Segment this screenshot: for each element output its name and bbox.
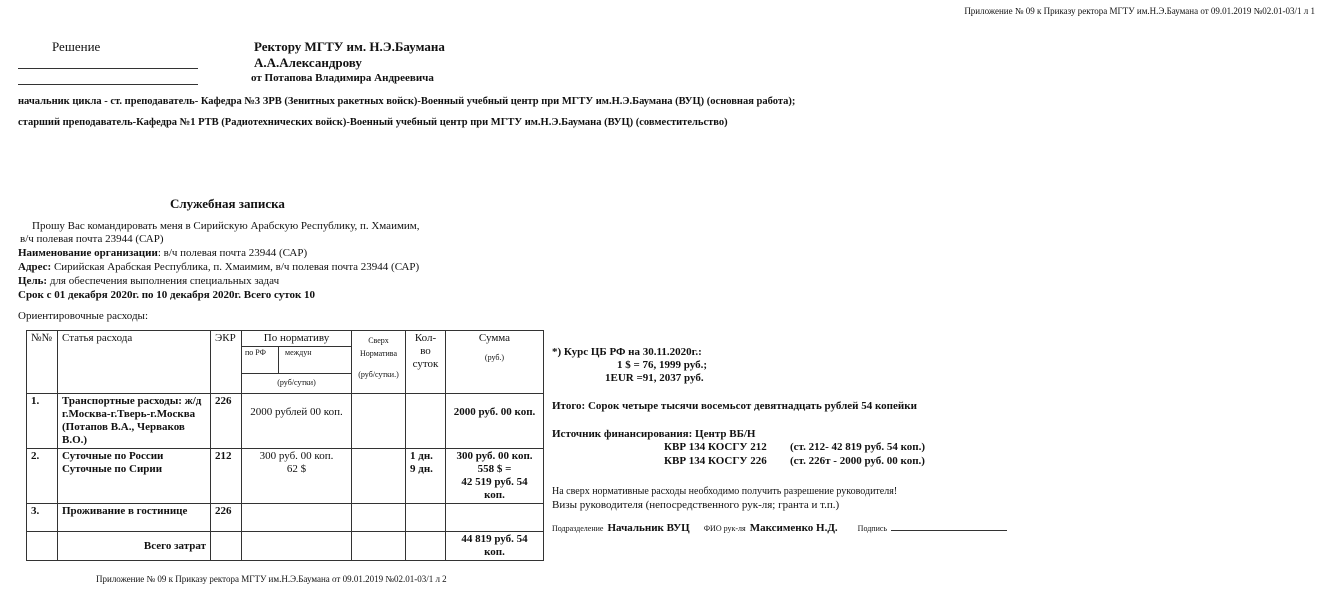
total-in-words: Итого: Сорок четыре тысячи восемьсот дев… [552,400,917,412]
fio-value: Максименко Н.Д. [750,522,838,534]
table-row: 3. Проживание в гостинице 226 [27,504,544,532]
dept-label: Подразделение [552,524,603,533]
funding-title: Источник финансирования: Центр ВБ/Н [552,428,755,440]
row2-norm-line2: 62 $ [246,463,347,476]
header-ekr: ЭКР [211,331,242,394]
row1-days [406,394,446,449]
header-over: Сверх Норматива (руб/сутки.) [352,331,406,394]
header-norm: По нормативу по РФ междун (руб/сутки) [242,331,352,394]
expenses-label: Ориентировочные расходы: [18,310,148,322]
total-value: 44 819 руб. 54 коп. [446,532,544,561]
header-sum-title: Сумма [450,332,539,345]
address-value: Сирийская Арабская Республика, п. Хмаими… [51,261,419,273]
row1-norm: 2000 рублей 00 коп. [242,394,352,449]
row2-days-line2: 9 дн. [410,463,441,476]
decision-label: Решение [52,39,100,55]
decision-line-1 [18,68,198,69]
header-sum: Сумма (руб.) [446,331,544,394]
row2-sum-line1: 300 руб. 00 коп. [450,450,539,463]
row2-ekr: 212 [211,449,242,504]
row1-num: 1. [27,394,58,449]
row1-item: Транспортные расходы: ж/д г.Москва-г.Тве… [58,394,211,449]
row1-over [352,394,406,449]
row2-days-line1: 1 дн. [410,450,441,463]
row2-norm: 300 руб. 00 коп. 62 $ [242,449,352,504]
addressee-line1: Ректору МГТУ им. Н.Э.Баумана [254,39,445,55]
funding-line1-code: КВР 134 КОСГУ 212 [664,441,767,453]
row2-sum-line3: 42 519 руб. 54 коп. [450,476,539,502]
exchange-title: *) Курс ЦБ РФ на 30.11.2020г.: [552,346,702,358]
purpose-value: для обеспечения выполнения специальных з… [47,275,279,287]
funding-line1-amount: (ст. 212- 42 819 руб. 54 коп.) [790,441,925,453]
org-value: : в/ч полевая почта 23944 (САР) [158,247,307,259]
position-secondary: старший преподаватель-Кафедра №1 РТВ (Ра… [18,117,728,128]
position-main: начальник цикла - ст. преподаватель- Каф… [18,96,795,107]
signature-row: Подразделение Начальник ВУЦ ФИО рук-ля М… [552,518,1007,536]
memo-purpose: Цель: для обеспечения выполнения специал… [18,275,279,287]
exchange-eur: 1EUR =91, 2037 руб. [605,372,704,384]
row2-item-line2: Суточные по Сирии [62,463,206,476]
total-label: Всего затрат [58,532,211,561]
row2-item-line1: Суточные по России [62,450,206,463]
table-header-row: №№ Статья расхода ЭКР По нормативу по РФ… [27,331,544,394]
header-days: Кол-во суток [406,331,446,394]
address-label: Адрес: [18,261,51,273]
addressee-line2: А.А.Александрову [254,55,362,71]
row3-num: 3. [27,504,58,532]
appendix-note-page2: Приложение № 09 к Приказу ректора МГТУ и… [96,574,447,584]
header-over-title: Сверх Норматива [356,332,401,360]
memo-request-line2: в/ч полевая почта 23944 (САР) [20,233,164,245]
row2-days: 1 дн. 9 дн. [406,449,446,504]
memo-title: Служебная записка [170,196,285,212]
appendix-note-page1: Приложение № 09 к Приказу ректора МГТУ и… [964,6,1315,16]
memo-term: Срок с 01 декабря 2020г. по 10 декабря 2… [18,289,315,301]
org-label: Наименование организации [18,247,158,259]
exchange-usd: 1 $ = 76, 1999 руб.; [617,359,707,371]
signature-line [891,530,1007,531]
table-row: 2. Суточные по России Суточные по Сирии … [27,449,544,504]
row1-sum: 2000 руб. 00 коп. [446,394,544,449]
funding-line2-amount: (ст. 226т - 2000 руб. 00 коп.) [790,455,925,467]
decision-line-2 [18,84,198,85]
table-total-row: Всего затрат 44 819 руб. 54 коп. [27,532,544,561]
row2-sum: 300 руб. 00 коп. 558 $ = 42 519 руб. 54 … [446,449,544,504]
fio-label: ФИО рук-ля [704,524,746,533]
row3-norm [242,504,352,532]
sign-label: Подпись [858,524,887,533]
row3-days [406,504,446,532]
permission-note: На сверх нормативные расходы необходимо … [552,486,897,497]
row2-norm-line1: 300 руб. 00 коп. [246,450,347,463]
row2-over [352,449,406,504]
expenses-table: №№ Статья расхода ЭКР По нормативу по РФ… [26,330,544,561]
memo-address: Адрес: Сирийская Арабская Республика, п.… [18,261,419,273]
header-norm-rf: по РФ [242,347,279,373]
memo-organization: Наименование организации: в/ч полевая по… [18,247,307,259]
row3-over [352,504,406,532]
row3-sum [446,504,544,532]
row2-sum-line2: 558 $ = [450,463,539,476]
purpose-label: Цель: [18,275,47,287]
row3-item: Проживание в гостинице [58,504,211,532]
row2-num: 2. [27,449,58,504]
row2-item: Суточные по России Суточные по Сирии [58,449,211,504]
header-num: №№ [27,331,58,394]
header-norm-unit: (руб/сутки) [242,374,351,389]
visas-note: Визы руководителя (непосредственного рук… [552,499,839,511]
row3-ekr: 226 [211,504,242,532]
memo-request-line1: Прошу Вас командировать меня в Сирийскую… [32,220,420,232]
dept-value: Начальник ВУЦ [607,522,689,534]
table-row: 1. Транспортные расходы: ж/д г.Москва-г.… [27,394,544,449]
header-sum-unit: (руб.) [450,353,539,363]
addressee-from: от Потапова Владимира Андреевича [251,72,434,84]
row1-ekr: 226 [211,394,242,449]
header-item: Статья расхода [58,331,211,394]
funding-line2-code: КВР 134 КОСГУ 226 [664,455,767,467]
header-norm-intl: междун [279,347,351,373]
header-norm-title: По нормативу [242,331,351,347]
header-over-unit: (руб/сутки.) [356,368,401,381]
